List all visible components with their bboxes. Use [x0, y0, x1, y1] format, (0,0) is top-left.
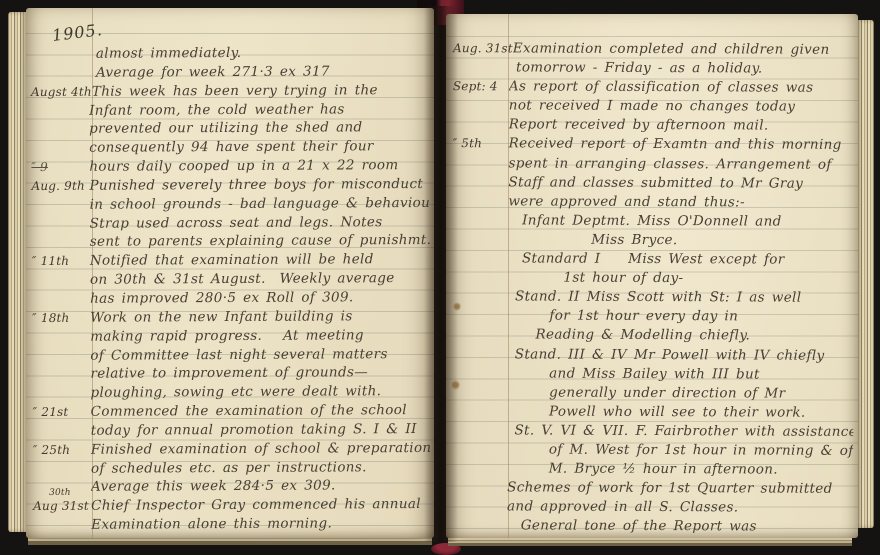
- journal-line: sent to parents explaining cause of puni…: [32, 231, 430, 252]
- entry-text: prevented our utilizing the shed and: [89, 118, 429, 139]
- entry-date: ″ 21st: [33, 403, 91, 422]
- entry-text: Finished examination of school & prepara…: [91, 439, 431, 460]
- journal-line: ploughing, sowing etc were dealt with.: [32, 382, 430, 403]
- journal-line: on 30th & 31st August. Weekly average: [32, 269, 430, 290]
- entry-text: Punished severely three boys for miscond…: [89, 175, 429, 196]
- entry-text: Chief Inspector Gray commenced his annua…: [91, 495, 431, 516]
- journal-line: St. V. VI & VII. F. Fairbrother with ass…: [451, 421, 853, 442]
- entry-text: Report received by afternoon mail.: [509, 116, 855, 137]
- journal-line: Reading & Modelling chiefly.: [452, 326, 854, 347]
- journal-line: and Miss Bailey with III but: [452, 364, 854, 385]
- entry-text: and approved in all S. Classes.: [507, 498, 853, 519]
- entry-text: Received report of Examtn and this morni…: [509, 135, 855, 156]
- entry-text: ploughing, sowing etc were dealt with.: [90, 382, 430, 403]
- entry-date: ″ 5th: [453, 135, 509, 154]
- journal-line: Aug. 9thPunished severely three boys for…: [31, 175, 429, 196]
- journal-line: almost immediately.: [31, 43, 429, 64]
- entry-text: Infant room, the cold weather has: [89, 99, 429, 120]
- journal-line: ″ 21stCommenced the examination of the s…: [33, 401, 431, 422]
- page-edges-bottom-right: [448, 538, 852, 546]
- journal-line: Infant Deptmt. Miss O'Donnell and: [452, 211, 854, 232]
- journal-line: Sept: 4As report of classification of cl…: [453, 77, 855, 98]
- journal-line: Stand. II Miss Scott with St: I as well: [452, 287, 854, 308]
- journal-line: Examination alone this morning.: [33, 514, 431, 535]
- left-page-entries: almost immediately. Average for week 271…: [31, 43, 432, 535]
- journal-line: Miss Bryce.: [452, 230, 854, 251]
- entry-text: St. V. VI & VII. F. Fairbrother with ass…: [507, 421, 853, 442]
- journal-line: today for annual promotion taking S. I &…: [33, 420, 431, 441]
- journal-line: prevented our utilizing the shed and: [31, 118, 429, 139]
- journal-line: Augst 4thThis week has been very trying …: [31, 81, 429, 102]
- left-page: 1905. almost immediately. Average for we…: [26, 8, 434, 538]
- journal-line: ″ 5thReceived report of Examtn and this …: [453, 135, 855, 156]
- entry-date: Aug. 31st: [453, 39, 513, 58]
- journal-line: for 1st hour every day in: [452, 306, 854, 327]
- entry-text: 1st hour of day-: [508, 268, 854, 289]
- page-edges-left: [8, 12, 27, 532]
- journal-line: of M. West for 1st hour in morning & of: [451, 440, 853, 461]
- page-edges-right: [856, 20, 874, 528]
- entry-text: almost immediately.: [89, 43, 429, 64]
- entry-text: Average for week 271·3 ex 317: [89, 62, 429, 83]
- entry-text: Strap used across seat and legs. Notes: [90, 213, 430, 234]
- entry-text: Stand. II Miss Scott with St: I as well: [508, 288, 854, 309]
- entry-text: of schedules etc. as per instructions.: [91, 458, 431, 479]
- entry-text: Reading & Modelling chiefly.: [508, 326, 854, 347]
- journal-line: Aug 31st30thChief Inspector Gray commenc…: [33, 495, 431, 516]
- entry-text: making rapid progress. At meeting: [90, 326, 430, 347]
- journal-line: relative to improvement of grounds—: [32, 363, 430, 384]
- entry-text: of M. West for 1st hour in morning & of: [507, 440, 853, 461]
- journal-line: of schedules etc. as per instructions.: [33, 458, 431, 479]
- entry-text: today for annual promotion taking S. I &…: [91, 420, 431, 441]
- journal-line: Standard I Miss West except for: [452, 249, 854, 270]
- journal-line: Staff and classes submitted to Mr Gray: [452, 173, 854, 194]
- journal-line: Strap used across seat and legs. Notes: [32, 213, 430, 234]
- entry-date: ″ 9: [31, 158, 89, 177]
- entry-date: Aug 31st30th: [33, 497, 91, 516]
- journal-line: M. Bryce ½ hour in afternoon.: [451, 459, 853, 480]
- entry-text: tomorrow - Friday - as a holiday.: [509, 58, 855, 79]
- entry-date: Aug. 9th: [31, 177, 89, 196]
- journal-line: Stand. III & IV Mr Powell with IV chiefl…: [452, 345, 854, 366]
- journal-line: 1st hour of day-: [452, 268, 854, 289]
- entry-text: General tone of the Report was: [507, 517, 853, 538]
- journal-line: Report received by afternoon mail.: [453, 115, 855, 136]
- entry-text: Notified that examination will be held: [90, 250, 430, 271]
- entry-text: consequently 94 have spent their four: [89, 137, 429, 158]
- journal-line: making rapid progress. At meeting: [32, 326, 430, 347]
- entry-text: Standard I Miss West except for: [508, 249, 854, 270]
- entry-text: As report of classification of classes w…: [509, 78, 855, 99]
- journal-line: Schemes of work for 1st Quarter submitte…: [451, 478, 853, 499]
- journal-line: General tone of the Report was: [451, 516, 853, 537]
- entry-text: were approved and stand thus:-: [508, 192, 854, 213]
- right-page-entries: Aug. 31stExamination completed and child…: [451, 39, 855, 537]
- entry-text: and Miss Bailey with III but: [508, 364, 854, 385]
- journal-line: ″ 9hours daily cooped up in a 21 x 22 ro…: [31, 156, 429, 177]
- entry-text: Schemes of work for 1st Quarter submitte…: [507, 479, 853, 500]
- entry-text: Commenced the examination of the school: [91, 401, 431, 422]
- logbook-scan: 1905. almost immediately. Average for we…: [0, 0, 880, 555]
- journal-line: Average for week 271·3 ex 317: [31, 62, 429, 83]
- entry-text: M. Bryce ½ hour in afternoon.: [507, 459, 853, 480]
- journal-line: in school grounds - bad language & behav…: [32, 194, 430, 215]
- entry-text: Examination alone this morning.: [91, 514, 431, 535]
- entry-date: Augst 4th: [31, 82, 92, 101]
- entry-text: not received I made no changes today: [509, 97, 855, 118]
- entry-text: Staff and classes submitted to Mr Gray: [508, 173, 854, 194]
- entry-text: in school grounds - bad language & behav…: [90, 194, 430, 215]
- journal-line: generally under direction of Mr: [452, 383, 854, 404]
- entry-text: generally under direction of Mr: [508, 383, 854, 404]
- journal-line: and approved in all S. Classes.: [451, 497, 853, 518]
- entry-date: ″ 11th: [32, 252, 90, 271]
- entry-text: of Committee last night several matters: [90, 344, 430, 365]
- entry-text: Infant Deptmt. Miss O'Donnell and: [508, 211, 854, 232]
- journal-line: were approved and stand thus:-: [452, 192, 854, 213]
- entry-text: Miss Bryce.: [508, 230, 854, 251]
- journal-line: has improved 280·5 ex Roll of 309.: [32, 288, 430, 309]
- journal-line: consequently 94 have spent their four: [31, 137, 429, 158]
- entry-text: spent in arranging classes. Arrangement …: [509, 154, 855, 175]
- journal-line: Aug. 31stExamination completed and child…: [453, 39, 855, 60]
- journal-line: Infant room, the cold weather has: [31, 99, 429, 120]
- journal-line: ″ 11thNotified that examination will be …: [32, 250, 430, 271]
- year-label: 1905.: [51, 20, 104, 45]
- entry-text: Average this week 284·5 ex 309.: [91, 476, 431, 497]
- entry-text: on 30th & 31st August. Weekly average: [90, 269, 430, 290]
- entry-text: has improved 280·5 ex Roll of 309.: [90, 288, 430, 309]
- journal-line: Average this week 284·5 ex 309.: [33, 476, 431, 497]
- entry-date-correction: 30th: [49, 489, 71, 498]
- entry-text: relative to improvement of grounds—: [90, 363, 430, 384]
- entry-text: for 1st hour every day in: [508, 307, 854, 328]
- journal-line: Powell who will see to their work.: [451, 402, 853, 423]
- entry-date: Sept: 4: [453, 77, 509, 96]
- entry-text: Stand. III & IV Mr Powell with IV chiefl…: [508, 345, 854, 366]
- journal-line: ″ 25thFinished examination of school & p…: [33, 439, 431, 460]
- entry-date: ″ 18th: [32, 309, 90, 328]
- entry-text: sent to parents explaining cause of puni…: [90, 231, 430, 252]
- journal-line: of Committee last night several matters: [32, 344, 430, 365]
- entry-text: Examination completed and children given: [513, 39, 855, 60]
- entry-text: Work on the new Infant building is: [90, 307, 430, 328]
- journal-line: ″ 18thWork on the new Infant building is: [32, 307, 430, 328]
- entry-text: This week has been very trying in the: [92, 81, 429, 102]
- journal-line: tomorrow - Friday - as a holiday.: [453, 58, 855, 79]
- entry-text: Powell who will see to their work.: [507, 402, 853, 423]
- right-page: Aug. 31stExamination completed and child…: [446, 14, 858, 538]
- journal-line: not received I made no changes today: [453, 96, 855, 117]
- entry-date: ″ 25th: [33, 440, 91, 459]
- journal-line: spent in arranging classes. Arrangement …: [453, 154, 855, 175]
- entry-text: hours daily cooped up in a 21 x 22 room: [89, 156, 429, 177]
